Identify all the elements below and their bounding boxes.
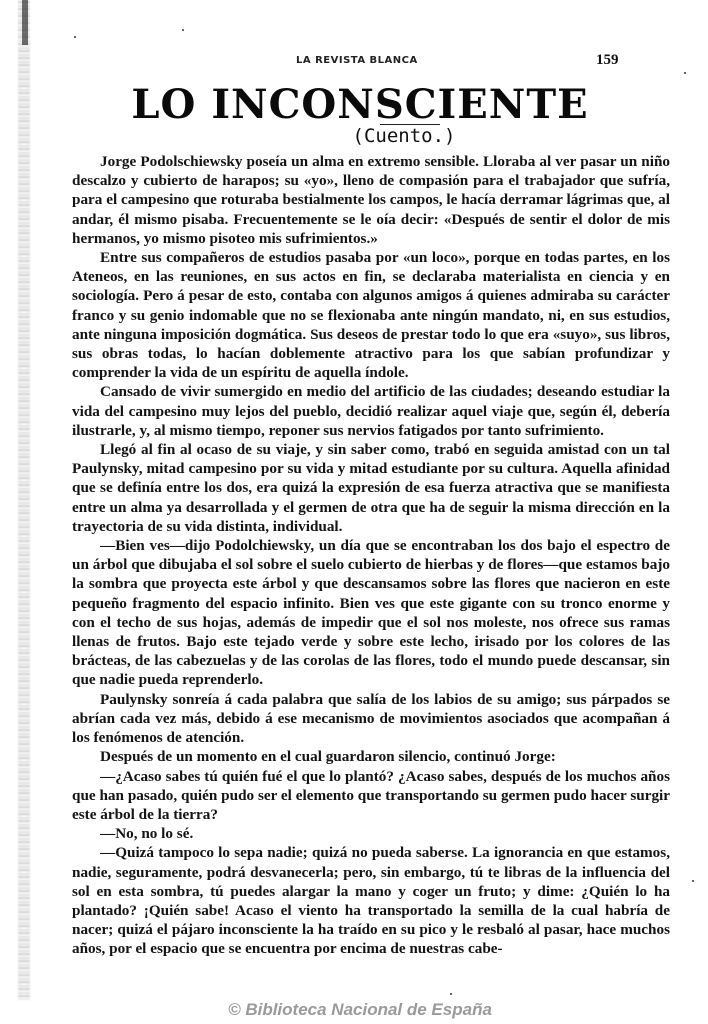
library-copyright: © Biblioteca Nacional de España (0, 1000, 708, 1020)
page-binding-mark (22, 0, 28, 45)
paragraph: —¿Acaso sabes tú quién fué el que lo pla… (72, 767, 670, 825)
scan-speck (74, 36, 76, 38)
story-body: Jorge Podolschiewsky poseía un alma en e… (72, 152, 670, 959)
scan-speck (692, 880, 694, 882)
paragraph: Después de un momento en el cual guardar… (72, 747, 670, 766)
scan-speck (450, 993, 452, 995)
story-subtitle: (Cuento.) (0, 125, 708, 147)
paragraph: Paulynsky sonreía á cada palabra que sal… (72, 690, 670, 748)
scan-speck (182, 29, 184, 31)
page-number: 159 (596, 52, 619, 69)
story-title: LO INCONSCIENTE (0, 81, 708, 128)
paragraph: Cansado de vivir sumergido en medio del … (72, 382, 670, 440)
running-head: LA REVISTA BLANCA (296, 55, 418, 66)
paragraph: Llegó al fin al ocaso de su viaje, y sin… (72, 440, 670, 536)
scan-speck (684, 72, 686, 74)
paragraph: Jorge Podolschiewsky poseía un alma en e… (72, 152, 670, 248)
paragraph: —Bien ves—dijo Podolchiewsky, un día que… (72, 536, 670, 690)
paragraph: Entre sus compañeros de estudios pasaba … (72, 248, 670, 382)
page-binding-shadow (18, 0, 30, 1000)
paragraph: —No, no lo sé. (72, 824, 670, 843)
paragraph: —Quizá tampoco lo sepa nadie; quizá no p… (72, 843, 670, 958)
